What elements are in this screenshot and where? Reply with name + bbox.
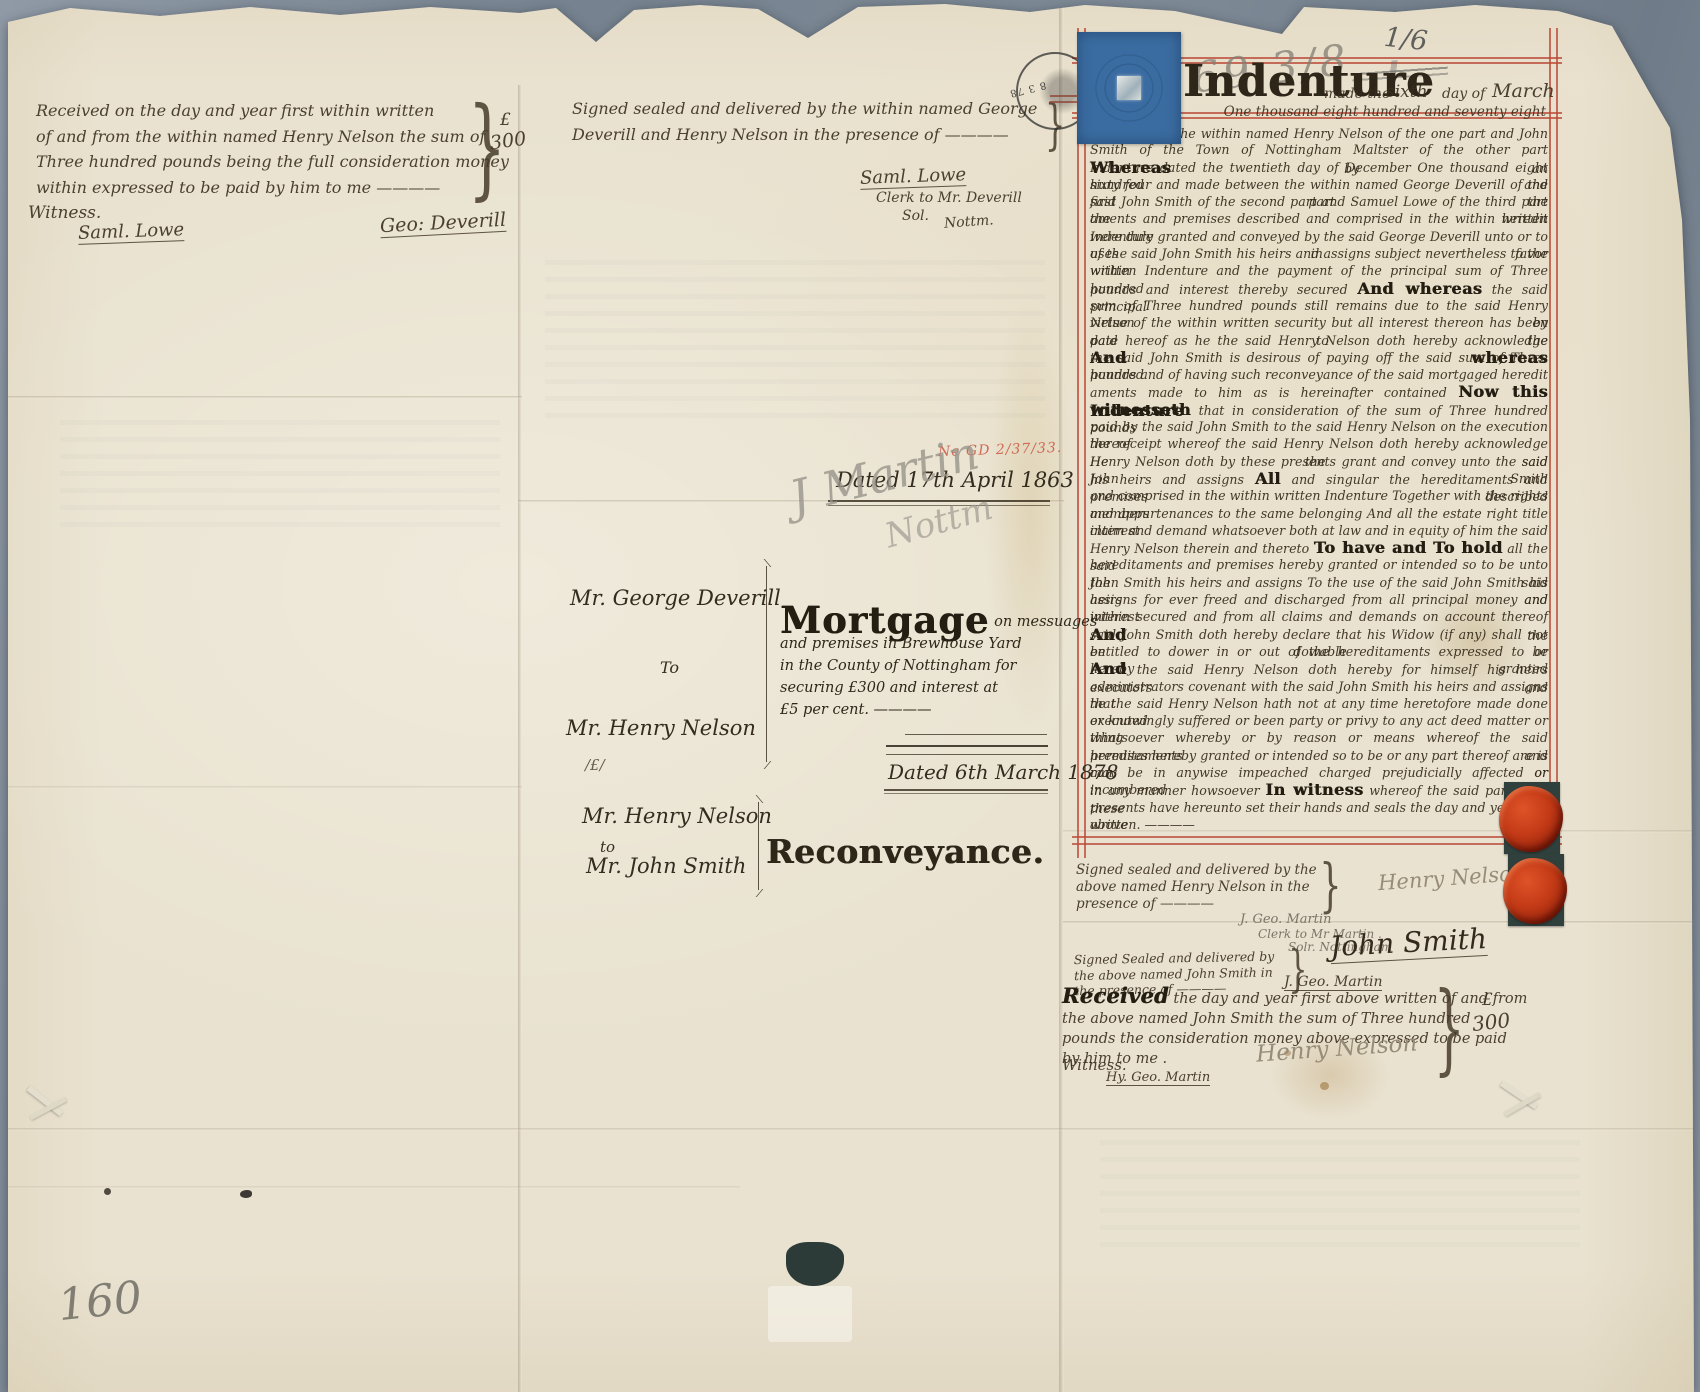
deed-body-text: Between the within named Henry Nelson of… bbox=[1090, 124, 1548, 833]
red-rule-vertical bbox=[1084, 28, 1086, 858]
repair-patch bbox=[768, 1286, 852, 1342]
date-stamp-text: 8 3 78 bbox=[1008, 79, 1047, 99]
deed-heading-made-the: made the bbox=[1324, 86, 1390, 102]
endorsement-title-reconveyance: Reconveyance. bbox=[766, 832, 1044, 871]
foxing-spot bbox=[104, 1188, 111, 1195]
currency-symbol: £ bbox=[1482, 990, 1510, 1010]
deed-heading-month: March bbox=[1492, 80, 1555, 102]
red-rule-horizontal bbox=[1072, 843, 1562, 845]
receipt-bottom-amount: £ 300 bbox=[1472, 990, 1510, 1034]
endorsement-brace-2 bbox=[756, 802, 759, 890]
red-rule-vertical bbox=[1556, 28, 1558, 858]
red-rule-vertical bbox=[1077, 28, 1079, 858]
signature-saml-lowe: Saml. Lowe bbox=[78, 219, 185, 245]
receipt-bottom-brace: } bbox=[1434, 980, 1465, 1078]
fold-crease bbox=[0, 786, 522, 789]
stamp-foil-square bbox=[1117, 76, 1141, 100]
fold-crease bbox=[518, 85, 522, 1392]
endorsement-party2: Mr. Henry Nelson bbox=[566, 716, 756, 740]
ink-rule bbox=[886, 745, 1048, 747]
ink-rule bbox=[884, 793, 1048, 794]
deed-heading-dayof: day of bbox=[1442, 86, 1485, 102]
signature-john-smith: John Smith bbox=[1329, 922, 1488, 964]
ink-rule bbox=[884, 789, 1048, 791]
ink-rule bbox=[905, 734, 1047, 735]
fold-crease bbox=[0, 1186, 740, 1189]
witness-label: Witness. bbox=[28, 203, 101, 223]
pencil-folio-number: 160 bbox=[56, 1272, 145, 1331]
ink-rule bbox=[886, 754, 1048, 755]
show-through-text bbox=[60, 420, 500, 530]
endorsement-pound-mark: /£/ bbox=[585, 756, 605, 774]
receipt-left-text: Received on the day and year first withi… bbox=[36, 98, 476, 200]
deed-scan-page: Received on the day and year first withi… bbox=[0, 0, 1700, 1392]
endorsement-party4: Mr. John Smith bbox=[586, 854, 746, 878]
deed-heading-day: sixth bbox=[1386, 82, 1428, 102]
signature-saml-lowe-2: Saml. Lowe bbox=[860, 164, 967, 190]
receipt-left-amount: £ 300 bbox=[490, 110, 526, 152]
fold-crease bbox=[0, 1128, 1694, 1131]
amount-value: 300 bbox=[489, 128, 528, 155]
attestation-nelson-brace: } bbox=[1319, 856, 1341, 914]
endorsement-to1: To bbox=[660, 658, 679, 677]
foxing-spot bbox=[1320, 1082, 1329, 1090]
foxing-spot bbox=[240, 1190, 252, 1198]
show-through-text bbox=[1100, 1140, 1580, 1250]
witness-place: Nottm. bbox=[944, 212, 995, 231]
red-rule-horizontal bbox=[1072, 836, 1562, 838]
amount-value: 300 bbox=[1471, 1008, 1511, 1036]
endorsement-party1: Mr. George Deverill bbox=[570, 586, 781, 610]
endorsement-dated-1878: Dated 6th March 1878 bbox=[888, 760, 1118, 784]
endorsement-party3: Mr. Henry Nelson bbox=[582, 804, 772, 828]
fold-crease bbox=[0, 396, 522, 399]
pencil-fraction: 1/6 bbox=[1382, 22, 1428, 57]
show-through-text bbox=[545, 260, 1045, 420]
signature-hgeo-martin: Hy. Geo. Martin bbox=[1106, 1070, 1210, 1086]
parchment-wrapper: Received on the day and year first withi… bbox=[0, 0, 1700, 1392]
signature-geo-deverill: Geo: Deverill bbox=[379, 209, 506, 239]
endorsement-brace-1 bbox=[764, 566, 767, 762]
attestation-nelson-text: Signed sealed and delivered by theabove … bbox=[1076, 862, 1336, 913]
blue-revenue-stamp bbox=[1077, 32, 1181, 144]
witness-role: Clerk to Mr. Deverill bbox=[876, 190, 1022, 206]
parchment-sheet: Received on the day and year first withi… bbox=[0, 0, 1700, 1392]
attestation-top-text: Signed sealed and delivered by the withi… bbox=[572, 96, 1052, 148]
endorsement-mortgage-text: Mortgage on messuagesand premises in Bre… bbox=[780, 610, 1070, 721]
parchment-hole bbox=[786, 1242, 844, 1286]
red-rule-vertical bbox=[1549, 28, 1551, 858]
fold-crease bbox=[1063, 921, 1695, 924]
witness-role-2: Sol. bbox=[902, 208, 929, 224]
witness-name-martin: J. Geo. Martin bbox=[1240, 912, 1331, 927]
